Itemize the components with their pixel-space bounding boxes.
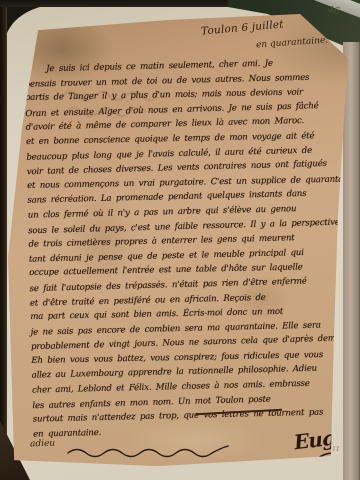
corner-number: 46: [327, 5, 340, 16]
closing-word: adieu: [30, 439, 55, 450]
flourish-stroke: [66, 444, 251, 460]
letter-dateline: Toulon 6 juillet: [201, 18, 285, 37]
scanned-letter-photo: 46 2 780 Toulon 6 juillet en quarantaine…: [0, 0, 360, 480]
letter-dateline-quarantine: en quarantaine.: [256, 35, 329, 50]
right-mat-strip: [343, 42, 360, 480]
letter-paper: 2 780 Toulon 6 juillet en quarantaine. J…: [8, 8, 350, 468]
binding-edge: [0, 0, 7, 480]
folio-number: 11: [332, 446, 340, 453]
letter-body: Je suis ici depuis ce matin seulement, c…: [24, 55, 349, 442]
